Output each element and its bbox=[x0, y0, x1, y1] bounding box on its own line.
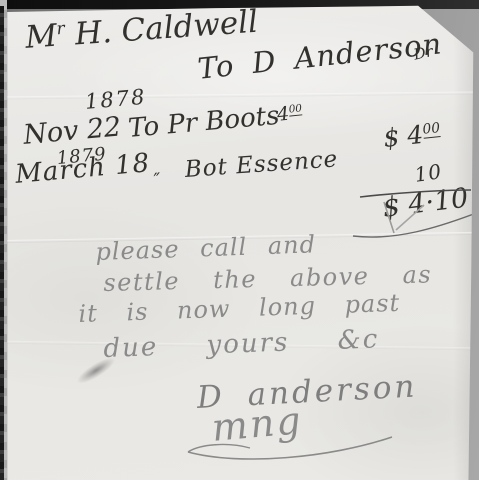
ditto-mark: ″ bbox=[153, 169, 162, 191]
entry-description: To Pr Boots bbox=[127, 101, 281, 144]
scanned-receipt: Mr H. Caldwell To D Anderson Dr 1878 Nov… bbox=[0, 0, 479, 480]
entry-inline-amount: 400 bbox=[276, 101, 304, 126]
inline-amount-cents: 00 bbox=[288, 102, 303, 116]
entry-amount: 10 bbox=[413, 159, 444, 187]
dollar-sign: $ bbox=[382, 122, 401, 153]
note-line: due yours &c bbox=[103, 324, 380, 364]
dollar-sign: $ bbox=[381, 191, 402, 224]
recipient-fullname: H. Caldwell bbox=[74, 4, 259, 53]
paper-edge-shadow bbox=[453, 0, 479, 480]
amount-cents: 00 bbox=[422, 120, 441, 139]
pencil-smudge bbox=[74, 353, 118, 387]
note-line: please call and bbox=[95, 230, 316, 266]
recipient-title-superscript: r bbox=[56, 19, 66, 40]
entry-amount: $ 400 bbox=[382, 118, 442, 153]
recipient-title: M bbox=[24, 18, 58, 56]
signature-monogram: mng bbox=[210, 398, 304, 450]
entry-date: Nov 22 bbox=[22, 111, 122, 150]
paper-torn-left-edge bbox=[0, 6, 4, 480]
entry-date: March 18 bbox=[14, 148, 151, 190]
paper-crease bbox=[0, 91, 479, 99]
year-heading: 1878 bbox=[84, 85, 147, 114]
receipt-paper: Mr H. Caldwell To D Anderson Dr 1878 Nov… bbox=[0, 0, 479, 480]
entry-description: Bot Essence bbox=[184, 146, 339, 183]
